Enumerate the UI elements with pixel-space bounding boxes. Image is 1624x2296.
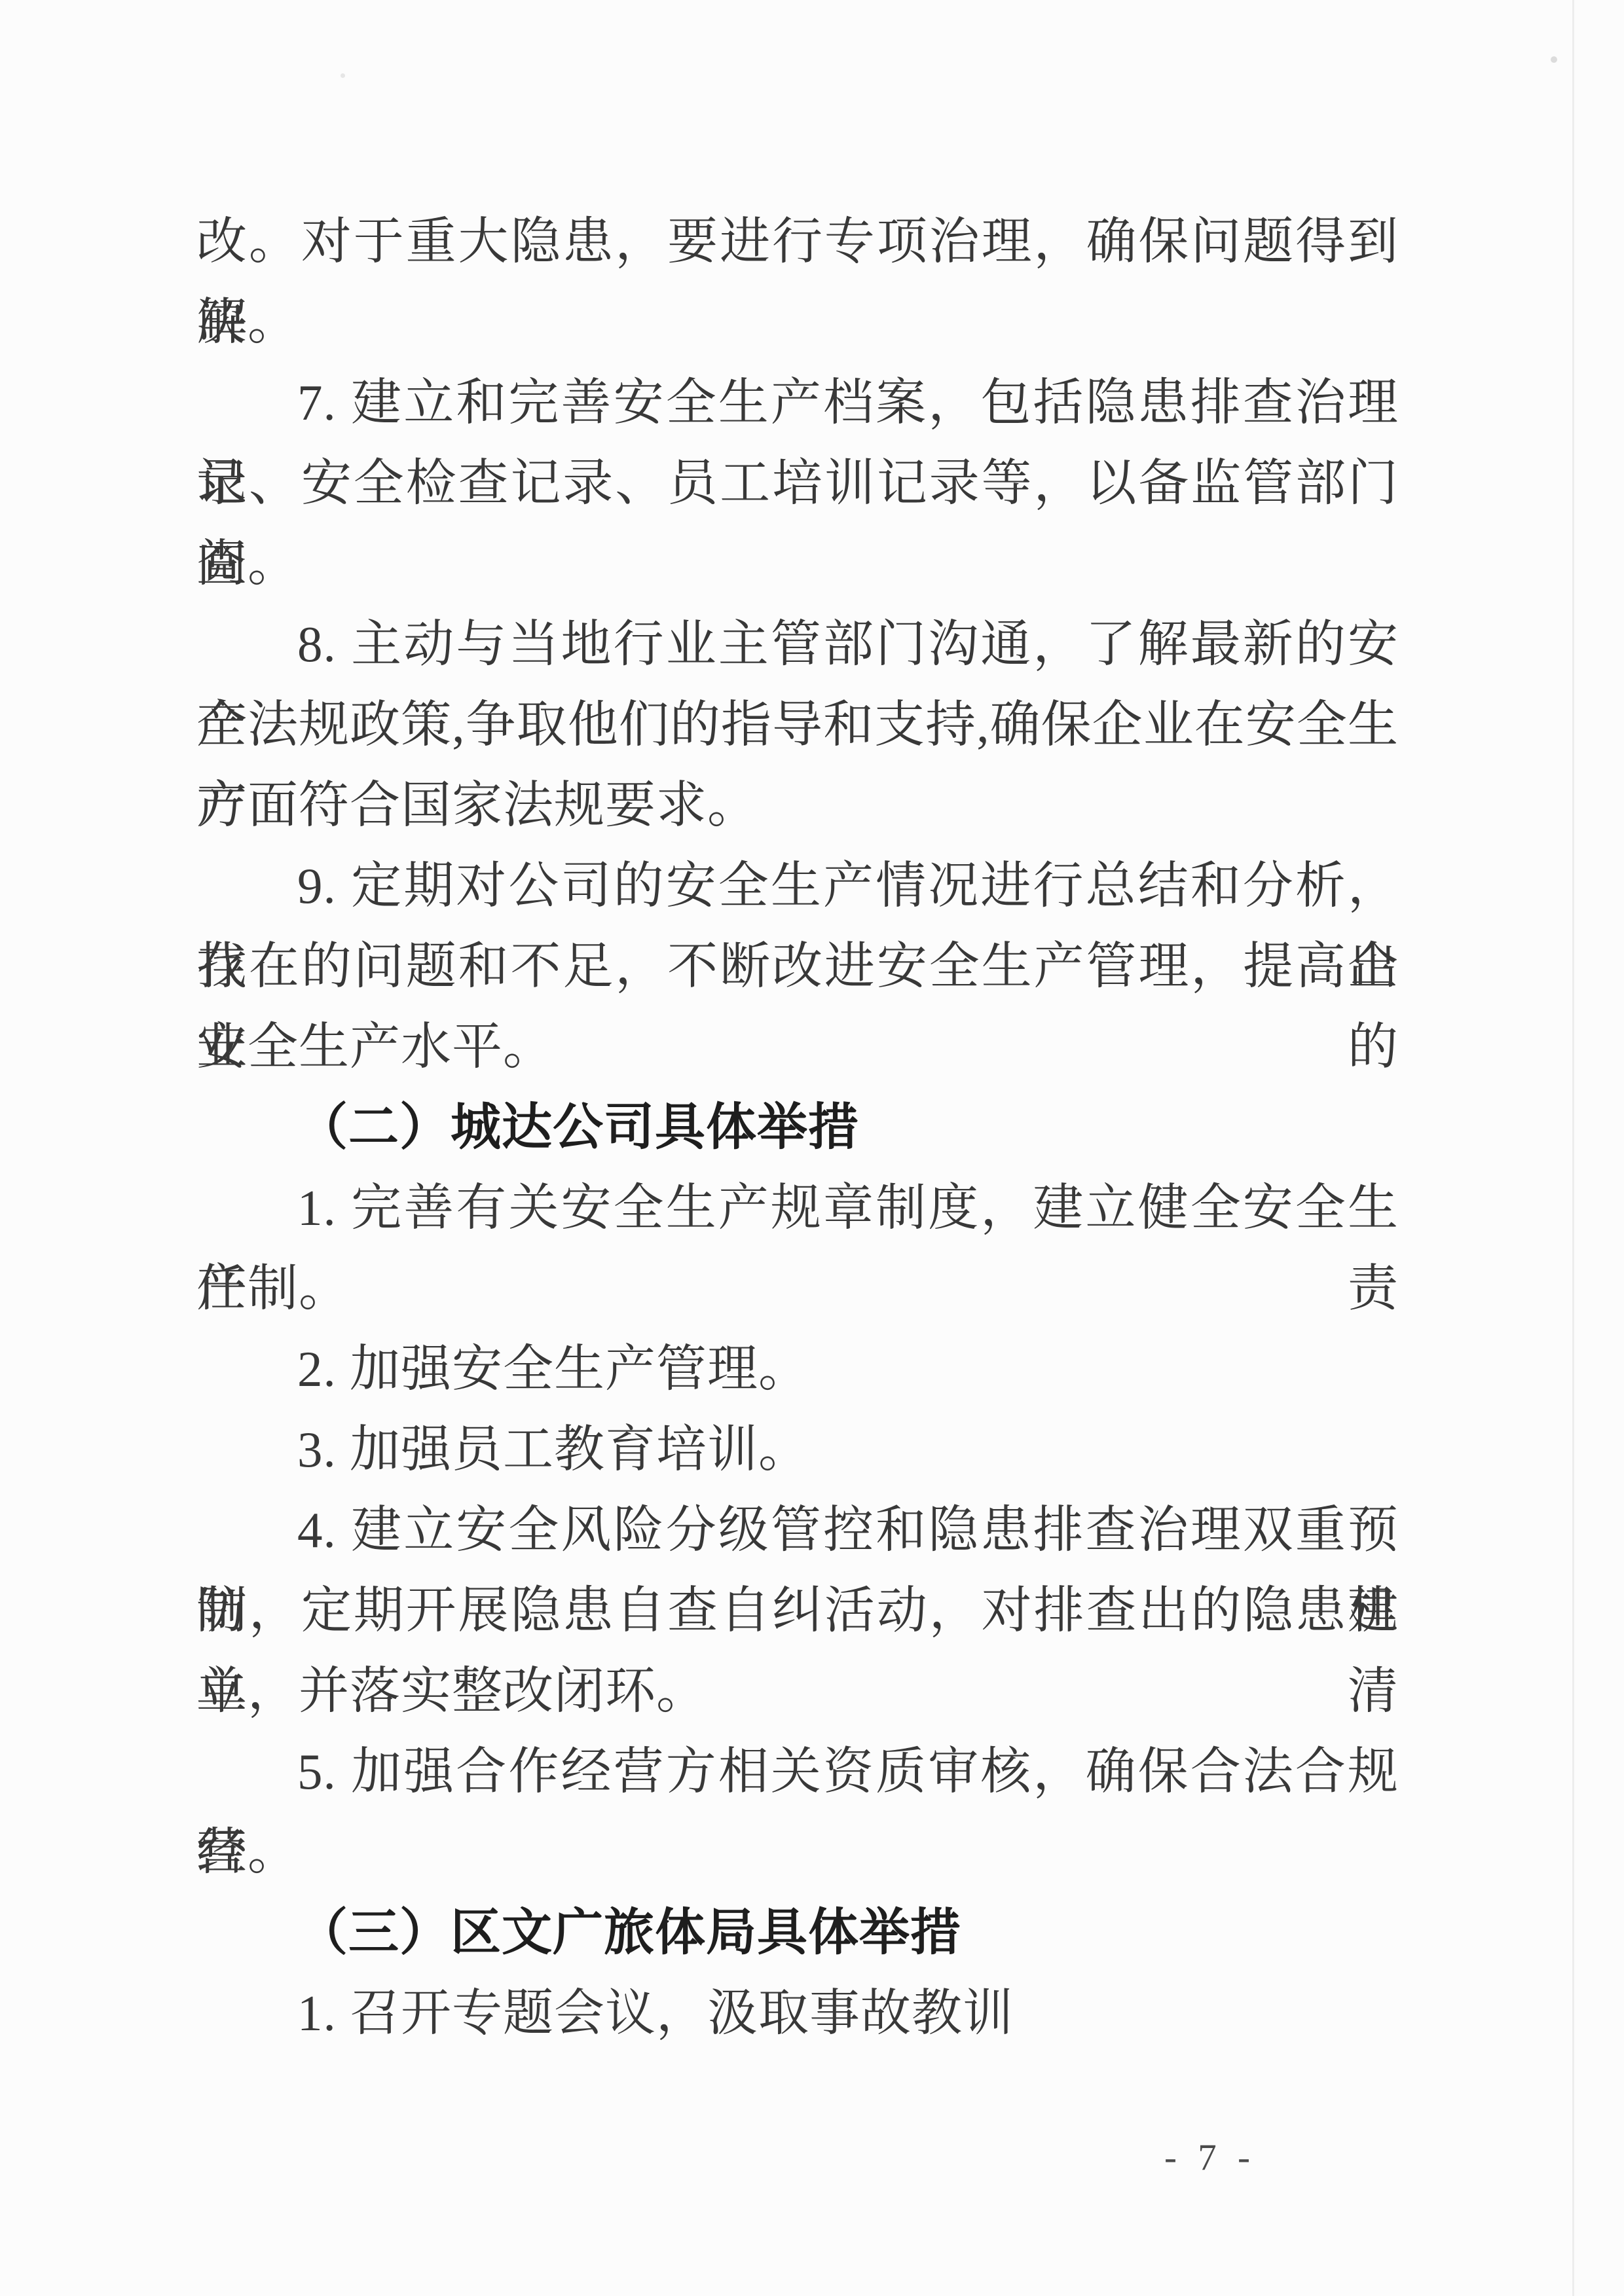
section-heading: （二）城达公司具体举措 xyxy=(196,1087,1399,1168)
text-line: 改。对于重大隐患，要进行专项治理，确保问题得到解 xyxy=(196,202,1399,282)
scan-speck-artifact xyxy=(341,73,345,78)
text-line: 制，定期开展隐患自查自纠活动，对排查出的隐患建立清 xyxy=(196,1571,1399,1651)
text-line: 存在的问题和不足，不断改进安全生产管理，提高企业的 xyxy=(196,926,1399,1007)
section-heading: （三）区文广旅体局具体举措 xyxy=(196,1893,1399,1973)
text-line: 营。 xyxy=(196,1812,1399,1893)
text-line: 8. 主动与当地行业主管部门沟通，了解最新的安全生 xyxy=(196,604,1399,685)
scan-edge-artifact xyxy=(1572,0,1574,2296)
page-number: - 7 - xyxy=(1164,2132,1256,2184)
text-line: 决。 xyxy=(196,282,1399,363)
text-line: 9. 定期对公司的安全生产情况进行总结和分析，找出 xyxy=(196,846,1399,926)
text-line: 4. 建立安全风险分级管控和隐患排查治理双重预防机 xyxy=(196,1490,1399,1571)
text-line: 1. 完善有关安全生产规章制度，建立健全安全生产责 xyxy=(196,1168,1399,1248)
document-page: 改。对于重大隐患，要进行专项治理，确保问题得到解决。7. 建立和完善安全生产档案… xyxy=(0,0,1624,2296)
text-line: 产法规政策,争取他们的指导和支持,确保企业在安全生产 xyxy=(196,685,1399,765)
text-line: 录、安全检查记录、员工培训记录等，以备监管部门查 xyxy=(196,443,1399,524)
text-line: 1. 召开专题会议，汲取事故教训 xyxy=(196,1973,1399,2054)
text-line: 2. 加强安全生产管理。 xyxy=(196,1329,1399,1410)
scan-speck-artifact xyxy=(1551,56,1557,63)
text-line: 3. 加强员工教育培训。 xyxy=(196,1410,1399,1490)
text-line: 7. 建立和完善安全生产档案，包括隐患排查治理记 xyxy=(196,363,1399,443)
document-body: 改。对于重大隐患，要进行专项治理，确保问题得到解决。7. 建立和完善安全生产档案… xyxy=(196,202,1399,2054)
text-line: 阅。 xyxy=(196,524,1399,604)
text-line: 方面符合国家法规要求。 xyxy=(196,765,1399,846)
text-line: 5. 加强合作经营方相关资质审核，确保合法合规经 xyxy=(196,1732,1399,1812)
